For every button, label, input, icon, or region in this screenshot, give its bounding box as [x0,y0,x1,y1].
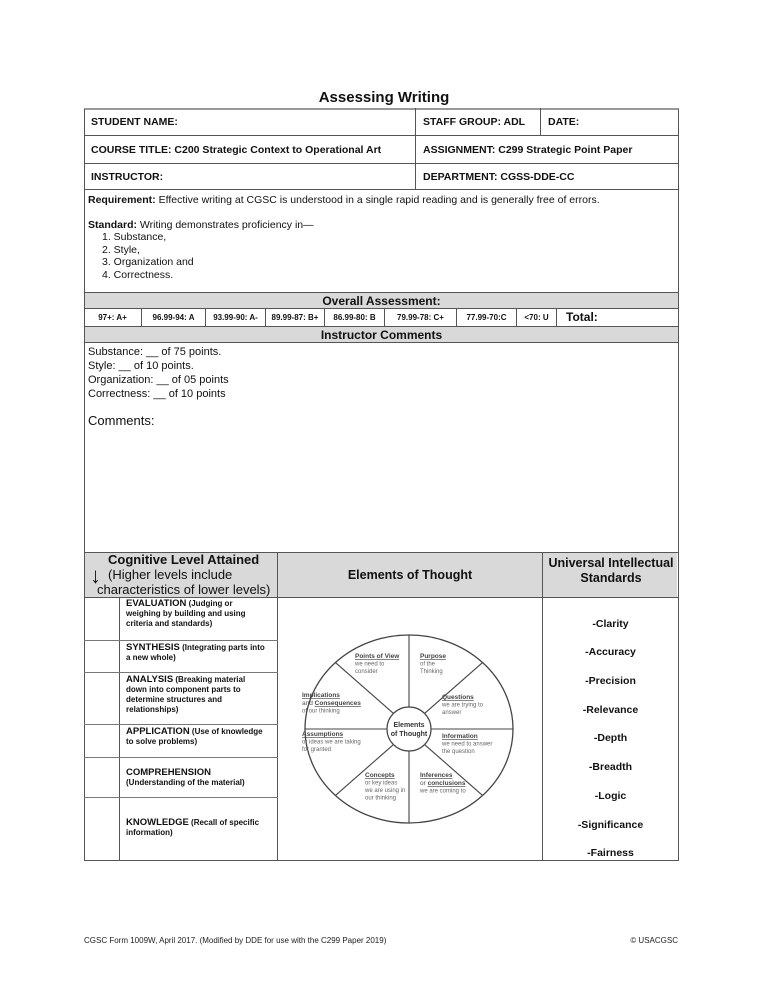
total-field[interactable]: Total: [556,308,678,326]
svg-text:we need to answer: we need to answer [441,742,492,748]
level-desc: down into component parts to [126,685,241,694]
grade-b: 86.99-80: B [324,308,384,326]
level-name: APPLICATION [126,726,190,737]
svg-text:Thinking: Thinking [420,669,443,675]
standard-logic: -Logic [542,790,679,802]
score-substance: Substance: __ of 75 points. [88,345,678,359]
student-name-label: STUDENT NAME: [91,116,178,128]
staff-group-label: STAFF GROUP: ADL [423,116,525,128]
instructor-field[interactable]: INSTRUCTOR: [84,163,415,190]
svg-text:Assumptions: Assumptions [302,731,344,738]
level-application: APPLICATION (Use of knowledgeto solve pr… [119,724,277,747]
overall-assessment-heading: Overall Assessment: [84,292,679,309]
svg-text:Implications: Implications [302,692,340,699]
course-title: COURSE TITLE: C200 Strategic Context to … [91,144,381,156]
assignment: ASSIGNMENT: C299 Strategic Point Paper [423,144,632,156]
department: DEPARTMENT: CGSS-DDE-CC [423,171,574,183]
standard-label: Standard: [88,219,137,231]
grade-label: <70: U [524,313,548,322]
cognitive-subtitle-2: characteristics of lower levels) [97,583,270,597]
grade-a-minus: 93.99-90: A- [205,308,265,326]
svg-text:Inferences: Inferences [420,772,453,779]
standard-clarity: -Clarity [542,618,679,630]
instructor-comments-heading: Instructor Comments [84,326,679,343]
level-name: SYNTHESIS [126,642,180,653]
standard-item: 4. Correctness. [102,269,678,282]
department-field: DEPARTMENT: CGSS-DDE-CC [415,163,679,190]
comments-label: Comments: [88,413,678,428]
standards-heading: Universal Intellectual Standards [543,556,679,586]
requirement-body: Effective writing at CGSC is understood … [156,194,600,206]
svg-text:and Consequences: and Consequences [302,700,361,707]
standards-title-1: Universal Intellectual [543,556,679,571]
level-desc: (Recall of specific [189,818,259,827]
grade-u: <70: U [516,308,556,326]
grade-label: 96.99-94: A [153,313,195,322]
svg-text:we need to: we need to [354,662,385,668]
svg-text:of the: of the [420,662,436,668]
svg-text:we are using in: we are using in [364,788,405,794]
student-name-field[interactable]: STUDENT NAME: [84,108,415,135]
level-desc: (Use of knowledge [190,727,263,736]
grade-b-plus: 89.99-87: B+ [265,308,324,326]
svg-text:the question: the question [442,749,475,755]
svg-text:consider: consider [355,669,378,675]
standard-item: 1. Substance, [102,231,678,244]
requirement-label: Requirement: [88,194,156,206]
standard-item: 2. Style, [102,244,678,257]
level-name: EVALUATION [126,598,186,609]
assignment-field: ASSIGNMENT: C299 Strategic Point Paper [415,135,679,163]
level-desc: criteria and standards) [126,619,212,628]
level-evaluation: EVALUATION (Judging orweighing by buildi… [119,598,277,599]
grade-label: 79.99-78: C+ [397,313,444,322]
standard-body: Writing demonstrates proficiency in— [137,219,314,231]
svg-text:or conclusions: or conclusions [420,780,466,787]
cognitive-heading: Cognitive Level Attained (Higher levels … [108,553,278,582]
total-label: Total: [566,310,598,324]
level-desc: (Breaking material [173,675,245,684]
level-desc: determine structures and [126,695,222,704]
level-desc: weighing by building and using [126,609,246,618]
score-list: Substance: __ of 75 points. Style: __ of… [88,345,678,401]
level-desc: a new whole) [126,653,176,662]
row-divider [84,797,278,798]
footer-form-id: CGSC Form 1009W, April 2017. (Modified b… [84,936,386,945]
form-title: Assessing Writing [0,89,768,106]
level-desc: (Judging or [186,599,232,608]
grade-label: 93.99-90: A- [213,313,258,322]
grade-a: 96.99-94: A [141,308,205,326]
standard-breadth: -Breadth [542,761,679,773]
svg-text:for granted: for granted [302,747,331,753]
grade-a-plus: 97+: A+ [84,308,141,326]
requirement-text: Requirement: Effective writing at CGSC i… [88,194,678,206]
elements-of-thought-wheel: Elementsof ThoughtPoints of Viewwe need … [278,598,542,861]
instructor-label: INSTRUCTOR: [91,171,163,183]
level-analysis: ANALYSIS (Breaking materialdown into com… [119,672,277,715]
grade-label: 97+: A+ [98,313,127,322]
level-desc: (Understanding of the material) [126,778,245,787]
level-desc: relationships) [126,705,178,714]
date-label: DATE: [548,116,579,128]
date-field[interactable]: DATE: [540,108,679,135]
svg-text:Questions: Questions [442,694,474,701]
comments-section[interactable]: Substance: __ of 75 points. Style: __ of… [84,342,679,553]
grade-c: 77.99-70:C [456,308,516,326]
level-desc: information) [126,828,173,837]
standard-list: 1. Substance, 2. Style, 3. Organization … [88,231,678,281]
level-name: ANALYSIS [126,674,173,685]
standard-accuracy: -Accuracy [542,646,679,658]
level-desc: to solve problems) [126,737,197,746]
elements-heading: Elements of Thought [278,553,542,597]
svg-text:we are trying to: we are trying to [441,703,484,709]
svg-text:our thinking: our thinking [365,796,396,802]
svg-text:Concepts: Concepts [365,772,395,779]
svg-text:of our thinking: of our thinking [302,709,340,715]
svg-text:or key ideas: or key ideas [365,781,397,787]
requirement-section: Requirement: Effective writing at CGSC i… [84,189,679,293]
grade-c-plus: 79.99-78: C+ [384,308,456,326]
level-desc: (Integrating parts into [180,643,265,652]
score-correctness: Correctness: __ of 10 points [88,387,678,401]
svg-text:we are coming to: we are coming to [419,789,466,795]
standard-item: 3. Organization and [102,256,678,269]
level-name: COMPREHENSION [126,767,211,778]
cognitive-title: Cognitive Level Attained [108,553,278,568]
grade-label: 77.99-70:C [466,313,506,322]
svg-text:Information: Information [442,733,478,740]
row-divider [84,757,278,758]
level-comprehension: COMPREHENSION(Understanding of the mater… [119,765,277,788]
standard-fairness: -Fairness [542,847,679,859]
standard-depth: -Depth [542,732,679,744]
standards-title-2: Standards [543,571,679,586]
grade-label: 86.99-80: B [333,313,375,322]
course-title-field: COURSE TITLE: C200 Strategic Context to … [84,135,415,163]
svg-text:answer: answer [442,710,461,716]
svg-text:Points of View: Points of View [355,653,400,660]
cognitive-subtitle: (Higher levels include [108,568,278,583]
svg-text:of Thought: of Thought [391,731,428,738]
level-knowledge: KNOWLEDGE (Recall of specificinformation… [119,815,277,838]
staff-group-field: STAFF GROUP: ADL [415,108,540,135]
level-name: KNOWLEDGE [126,817,189,828]
score-organization: Organization: __ of 05 points [88,373,678,387]
instructor-comments-label: Instructor Comments [321,328,442,342]
standard-relevance: -Relevance [542,704,679,716]
standard-precision: -Precision [542,675,679,687]
level-synthesis: SYNTHESIS (Integrating parts intoa new w… [119,640,277,663]
grade-label: 89.99-87: B+ [272,313,319,322]
standard-text: Standard: Writing demonstrates proficien… [88,219,678,231]
overall-assessment-label: Overall Assessment: [322,294,440,308]
svg-text:Purpose: Purpose [420,653,446,660]
svg-text:Elements: Elements [393,722,424,729]
standard-significance: -Significance [542,819,679,831]
footer-copyright: © USACGSC [630,936,678,945]
score-style: Style: __ of 10 points. [88,359,678,373]
svg-text:or ideas we are taking: or ideas we are taking [302,740,361,746]
elements-title: Elements of Thought [348,568,472,582]
